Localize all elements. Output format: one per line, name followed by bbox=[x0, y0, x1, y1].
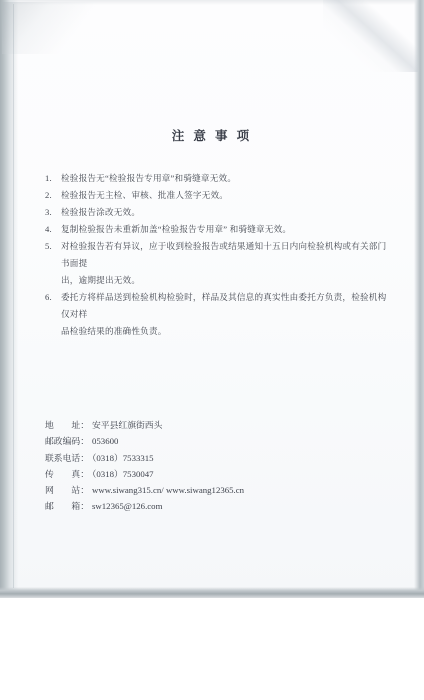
scan-page: 注 意 事 项 1. 检验报告无“检验报告专用章”和骑缝章无效。 2. 检验报告… bbox=[0, 0, 424, 598]
contact-row-website: 网 站：www.siwang315.cn/ www.siwang12365.cn bbox=[45, 482, 424, 498]
note-item: 6. 委托方将样品送到检验机构检验时，样品及其信息的真实性由委托方负责，检验机构… bbox=[45, 289, 394, 340]
contact-value: （0318）7530047 bbox=[92, 469, 154, 479]
note-number: 2. bbox=[45, 187, 52, 204]
note-text: 检验报告涂改无效。 bbox=[61, 207, 140, 217]
contact-value: www.siwang315.cn/ www.siwang12365.cn bbox=[92, 485, 244, 495]
note-item: 1. 检验报告无“检验报告专用章”和骑缝章无效。 bbox=[45, 170, 394, 187]
contact-label: 邮政编码： bbox=[45, 436, 89, 446]
note-number: 5. bbox=[45, 238, 52, 255]
contact-row-phone: 联系电话：（0318）7533315 bbox=[45, 450, 424, 466]
contact-value: （0318）7533315 bbox=[92, 453, 154, 463]
note-item: 3. 检验报告涂改无效。 bbox=[45, 204, 394, 221]
notes-list: 1. 检验报告无“检验报告专用章”和骑缝章无效。 2. 检验报告无主检、审核、批… bbox=[45, 170, 394, 340]
contact-value: 安平县红旗街西头 bbox=[92, 420, 162, 430]
scanned-document-viewport: 注 意 事 项 1. 检验报告无“检验报告专用章”和骑缝章无效。 2. 检验报告… bbox=[0, 0, 424, 700]
contact-label: 联系电话： bbox=[45, 453, 89, 463]
note-item: 4. 复制检验报告未重新加盖“检验报告专用章” 和骑缝章无效。 bbox=[45, 221, 394, 238]
page-title: 注 意 事 项 bbox=[0, 129, 424, 143]
contact-value: 053600 bbox=[92, 436, 118, 446]
contact-label: 网 站： bbox=[45, 485, 89, 495]
note-text: 检验报告无“检验报告专用章”和骑缝章无效。 bbox=[61, 173, 236, 183]
page-content: 注 意 事 项 1. 检验报告无“检验报告专用章”和骑缝章无效。 2. 检验报告… bbox=[0, 0, 424, 598]
contact-row-postcode: 邮政编码：053600 bbox=[45, 433, 424, 449]
contact-label: 地 址： bbox=[45, 420, 89, 430]
contact-label: 传 真： bbox=[45, 469, 89, 479]
note-text: 复制检验报告未重新加盖“检验报告专用章” 和骑缝章无效。 bbox=[61, 224, 291, 234]
note-item: 5. 对检验报告若有异议，应于收到检验报告或结果通知十五日内向检验机构或有关部门… bbox=[45, 238, 394, 289]
note-number: 1. bbox=[45, 170, 52, 187]
contact-label: 邮 箱： bbox=[45, 501, 89, 511]
note-number: 4. bbox=[45, 221, 52, 238]
contact-row-address: 地 址：安平县红旗街西头 bbox=[45, 417, 424, 433]
note-text: 检验报告无主检、审核、批准人签字无效。 bbox=[61, 190, 228, 200]
contact-row-email: 邮 箱：sw12365@126.com bbox=[45, 498, 424, 514]
note-number: 3. bbox=[45, 204, 52, 221]
note-item: 2. 检验报告无主检、审核、批准人签字无效。 bbox=[45, 187, 394, 204]
note-number: 6. bbox=[45, 289, 52, 306]
contact-value: sw12365@126.com bbox=[92, 501, 162, 511]
note-text: 对检验报告若有异议，应于收到检验报告或结果通知十五日内向检验机构或有关部门书面提… bbox=[61, 241, 386, 285]
contact-block: 地 址：安平县红旗街西头 邮政编码：053600 联系电话：（0318）7533… bbox=[45, 417, 424, 515]
contact-row-fax: 传 真：（0318）7530047 bbox=[45, 466, 424, 482]
note-text: 委托方将样品送到检验机构检验时，样品及其信息的真实性由委托方负责，检验机构仅对样… bbox=[61, 292, 386, 336]
